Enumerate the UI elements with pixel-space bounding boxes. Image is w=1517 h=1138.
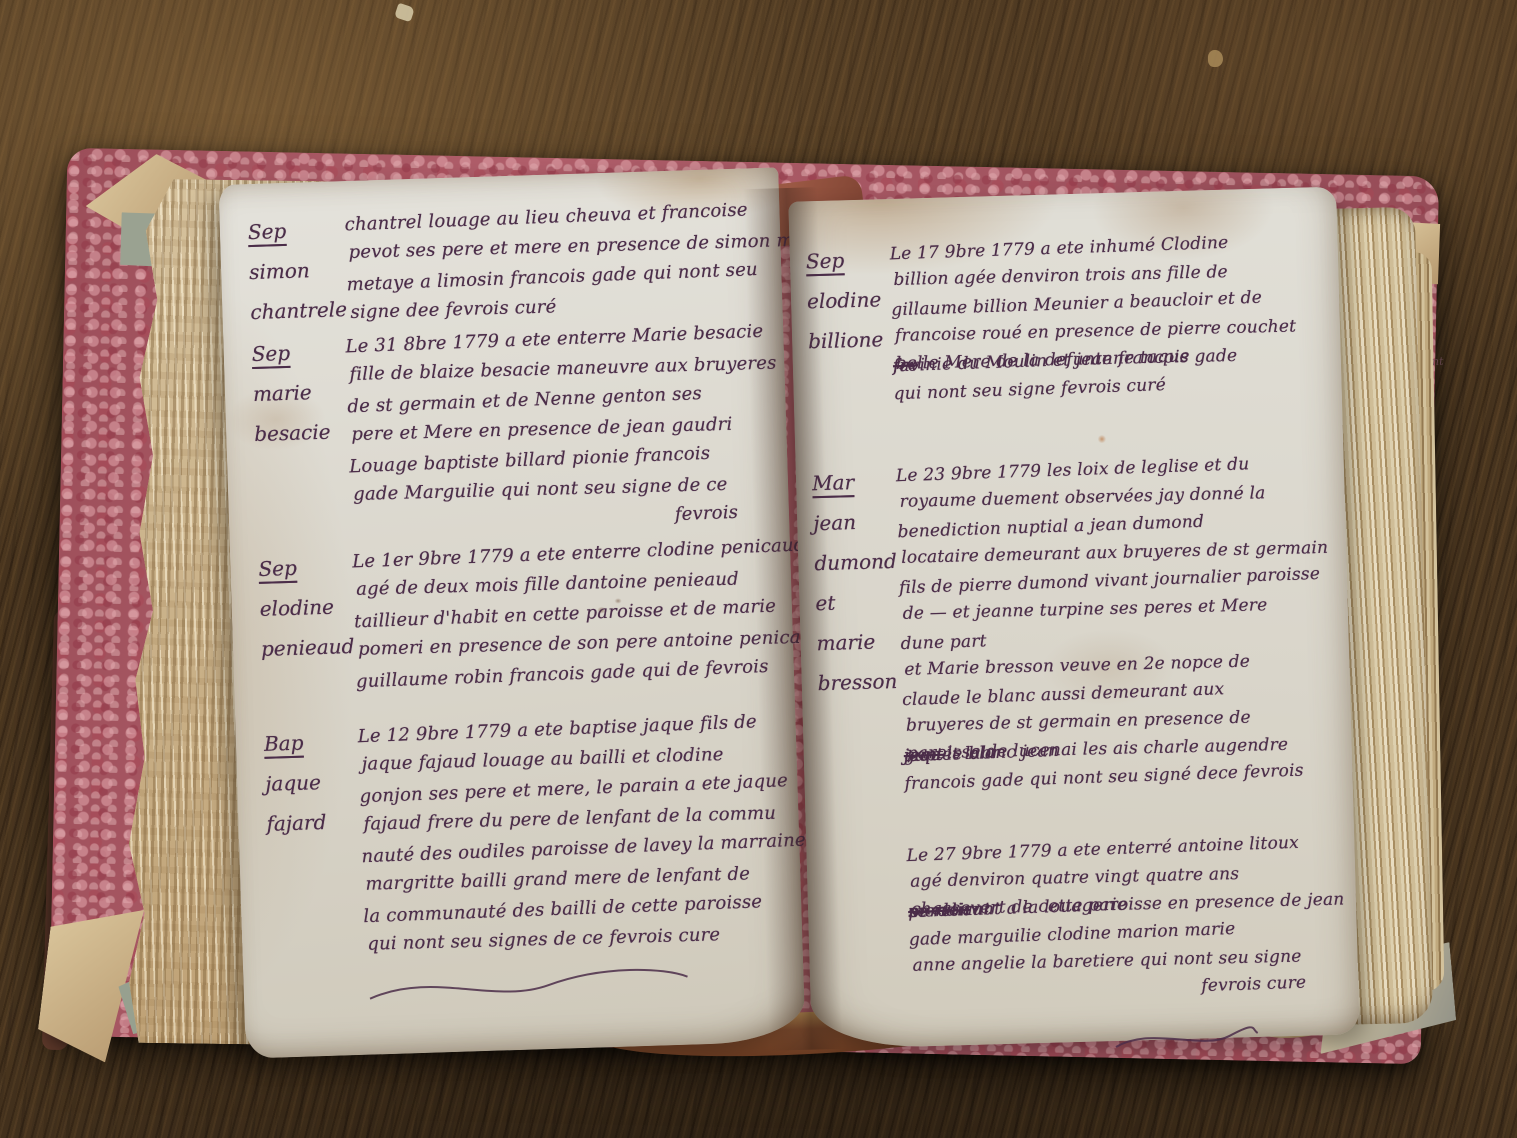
margin-note-line: billione bbox=[808, 319, 893, 361]
entry-body: Le 17 9bre 1779 a ete inhumé Clodinebill… bbox=[889, 226, 1342, 406]
margin-note-line: simon bbox=[249, 249, 347, 292]
margin-note: Sepelodinebillione bbox=[789, 239, 892, 362]
entry-body: Le 12 9bre 1779 a ete baptise jaque fils… bbox=[357, 707, 821, 961]
margin-note-line: et bbox=[815, 581, 900, 623]
register-entry: Le 27 9bre 1779 a ete enterré antoine li… bbox=[806, 828, 1358, 1011]
margin-note-line: Sep bbox=[251, 331, 346, 374]
margin-note-line: Sep bbox=[805, 239, 890, 281]
register-entry: SepelodinebillioneLe 17 9bre 1779 a ete … bbox=[789, 226, 1341, 409]
register-entry: Sepsimonchantrelechantrel louage au lieu… bbox=[219, 195, 782, 333]
manuscript-page-left[interactable]: Sepsimonchantrelechantrel louage au lieu… bbox=[218, 167, 805, 1058]
photo-scene: nt Sepsimonchantrelechantrel louage au l… bbox=[0, 0, 1517, 1138]
margin-note-line: Sep bbox=[258, 546, 353, 589]
margin-note-line: Sep bbox=[247, 209, 345, 252]
fore-edge-text-fragment: nt bbox=[1432, 356, 1444, 369]
entry-body: chantrel louage au lieu cheuva et franco… bbox=[344, 195, 811, 329]
register-entry: MarjeandumondetmariebressonLe 23 9bre 17… bbox=[796, 448, 1353, 799]
register-entry: BapjaquefajardLe 12 9bre 1779 a ete bapt… bbox=[235, 707, 802, 964]
margin-note: Marjeandumondetmariebresson bbox=[796, 461, 903, 704]
margin-note-line: jean bbox=[813, 501, 898, 543]
margin-note-line: penieaud bbox=[260, 626, 355, 669]
margin-note-line: Mar bbox=[812, 461, 897, 503]
register-entry: SepmariebesacieLe 31 8bre 1779 a ete ent… bbox=[223, 317, 789, 544]
margin-note-line: elodine bbox=[259, 586, 354, 629]
margin-note-line: marie bbox=[252, 371, 347, 414]
margin-note-line: jaque bbox=[265, 761, 360, 804]
entry-body: Le 31 8bre 1779 a ete enterre Marie besa… bbox=[345, 317, 791, 541]
margin-note-line: elodine bbox=[806, 279, 891, 321]
entry-body: Le 23 9bre 1779 les loix de leglise et d… bbox=[896, 448, 1353, 796]
entry-body: Le 27 9bre 1779 a ete enterré antoine li… bbox=[906, 828, 1359, 1008]
entry-body: Le 1er 9bre 1779 a ete enterre clodine p… bbox=[352, 531, 835, 696]
margin-note-line: bresson bbox=[817, 661, 902, 703]
margin-note: Sepsimonchantrele bbox=[219, 209, 347, 333]
margin-note-line: marie bbox=[816, 621, 901, 663]
right-page-entries: SepelodinebillioneLe 17 9bre 1779 a ete … bbox=[788, 187, 1359, 1050]
register-entry: SepelodinepenieaudLe 1er 9bre 1779 a ete… bbox=[230, 532, 794, 700]
left-page-entries: Sepsimonchantrelechantrel louage au lieu… bbox=[218, 167, 805, 1058]
margin-note-line: fajard bbox=[266, 801, 361, 844]
margin-note-line: Bap bbox=[263, 721, 358, 764]
margin-note: Sepelodinepenieaud bbox=[230, 546, 356, 670]
margin-note: Sepmariebesacie bbox=[223, 331, 349, 455]
margin-note-line: besacie bbox=[254, 411, 349, 454]
manuscript-page-right[interactable]: SepelodinebillioneLe 17 9bre 1779 a ete … bbox=[788, 187, 1359, 1050]
margin-note bbox=[806, 841, 906, 844]
wood-speck bbox=[1208, 50, 1223, 67]
margin-note-line: dumond bbox=[814, 541, 899, 583]
margin-note: Bapjaquefajard bbox=[235, 721, 361, 845]
margin-note-line: chantrele bbox=[250, 289, 348, 332]
